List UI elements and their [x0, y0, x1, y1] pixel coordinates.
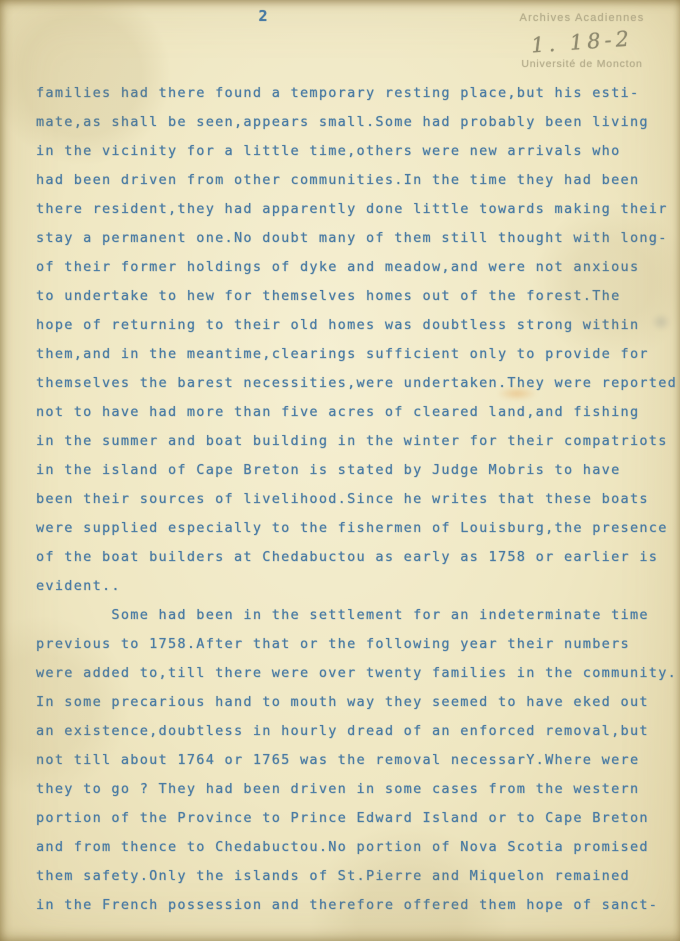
text-line: families had there found a temporary res… [36, 79, 676, 108]
text-line: not to have had more than five acres of … [36, 398, 676, 427]
text-line: in the French possession and therefore o… [36, 891, 676, 920]
text-line: they to go ? They had been driven in som… [36, 775, 676, 804]
text-line: them safety.Only the islands of St.Pierr… [36, 862, 676, 891]
text-line: had been driven from other communities.I… [36, 166, 676, 195]
text-line: stay a permanent one.No doubt many of th… [36, 224, 676, 253]
text-line: evident.. [36, 572, 676, 601]
text-line: themselves the barest necessities,were u… [36, 369, 676, 398]
text-line: them,and in the meantime,clearings suffi… [36, 340, 676, 369]
text-line: In some precarious hand to mouth way the… [36, 688, 676, 717]
stamp-university-name: Université de Moncton [502, 58, 662, 70]
text-line: of the boat builders at Chedabuctou as e… [36, 543, 676, 572]
stamp-handwritten-reference: 1. 18-2 [501, 24, 662, 59]
text-line: in the summer and boat building in the w… [36, 427, 676, 456]
text-line: hope of returning to their old homes was… [36, 311, 676, 340]
text-line: in the island of Cape Breton is stated b… [36, 456, 676, 485]
text-line: not till about 1764 or 1765 was the remo… [36, 746, 676, 775]
archive-stamp: Archives Acadiennes 1. 18-2 Université d… [502, 12, 662, 70]
text-line: previous to 1758.After that or the follo… [36, 630, 676, 659]
text-line: portion of the Province to Prince Edward… [36, 804, 676, 833]
text-line: Some had been in the settlement for an i… [36, 601, 676, 630]
text-line: to undertake to hew for themselves homes… [36, 282, 676, 311]
text-line: an existence,doubtless in hourly dread o… [36, 717, 676, 746]
document-page: 2 Archives Acadiennes 1. 18-2 Université… [0, 0, 680, 941]
text-line: and from thence to Chedabuctou.No portio… [36, 833, 676, 862]
text-line: there resident,they had apparently done … [36, 195, 676, 224]
text-line: were supplied especially to the fisherme… [36, 514, 676, 543]
text-line: of their former holdings of dyke and mea… [36, 253, 676, 282]
text-line: in the vicinity for a little time,others… [36, 137, 676, 166]
text-line: been their sources of livelihood.Since h… [36, 485, 676, 514]
stamp-archive-name: Archives Acadiennes [502, 12, 662, 24]
page-number: 2 [248, 7, 278, 25]
text-line: mate,as shall be seen,appears small.Some… [36, 108, 676, 137]
typewritten-body: families had there found a temporary res… [36, 79, 676, 920]
text-line: were added to,till there were over twent… [36, 659, 676, 688]
